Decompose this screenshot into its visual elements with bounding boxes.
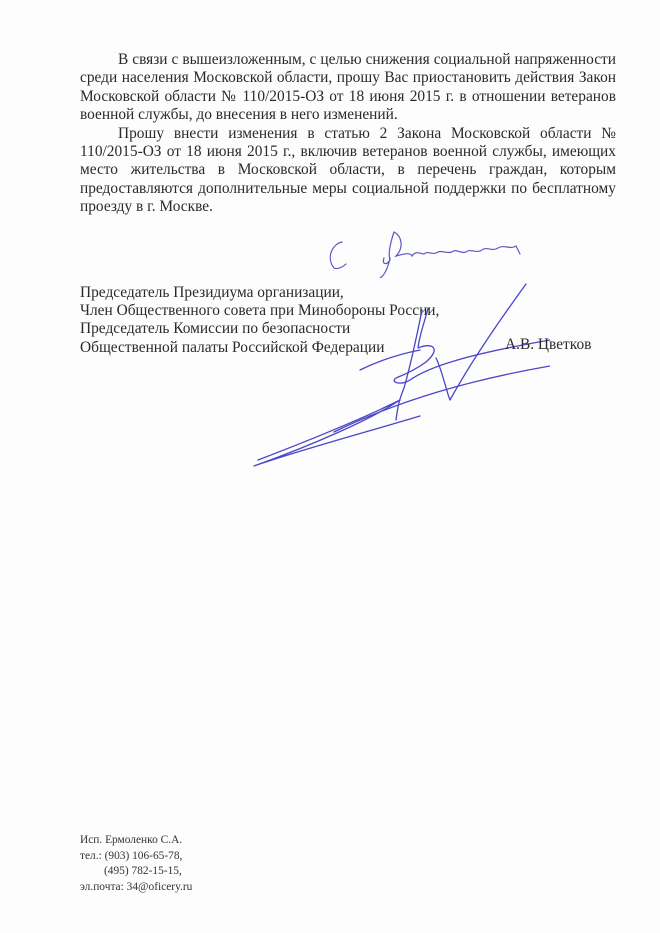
executor-name: Исп. Ермоленко С.А.	[80, 833, 192, 849]
letter-body: В связи с вышеизложенным, с целью снижен…	[80, 51, 616, 217]
contact-info: Исп. Ермоленко С.А. тел.: (903) 106-65-7…	[80, 833, 192, 895]
paragraph: Прошу внести изменения в статью 2 Закона…	[80, 125, 616, 217]
signature-icon	[250, 270, 550, 470]
email-address: эл.почта: 34@oficery.ru	[80, 880, 192, 896]
signer-name: А.В. Цветков	[505, 336, 591, 354]
phone-number: тел.: (903) 106-65-78,	[80, 849, 192, 865]
paragraph: В связи с вышеизложенным, с целью снижен…	[80, 51, 616, 125]
phone-number: (495) 782-15-15,	[80, 864, 192, 880]
document-page: В связи с вышеизложенным, с целью снижен…	[0, 0, 660, 933]
